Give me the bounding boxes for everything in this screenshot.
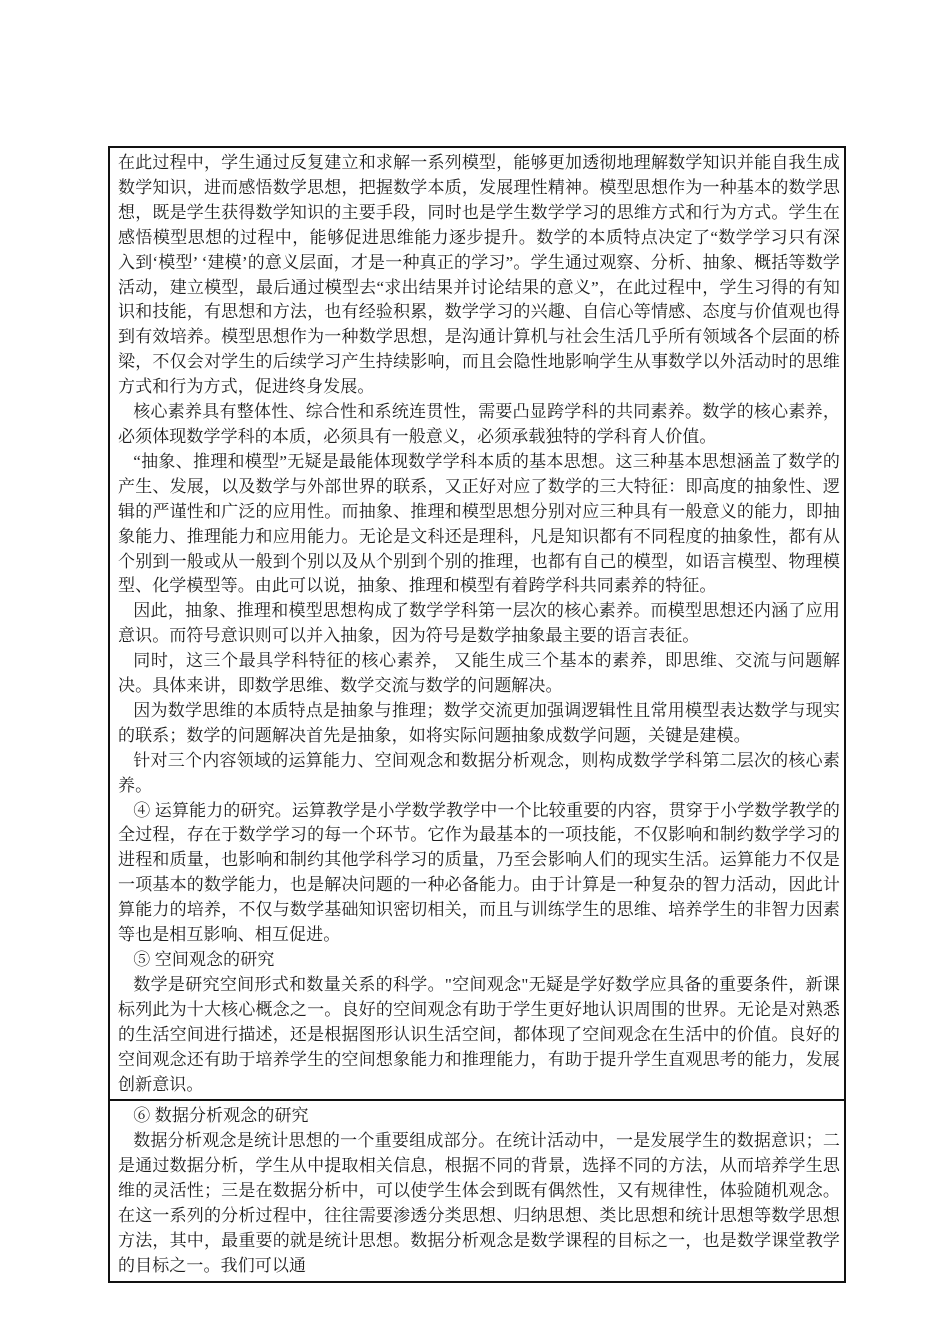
paragraph: 在此过程中，学生通过反复建立和求解一系列模型，能够更加透彻地理解数学知识并能自我…: [118, 151, 840, 400]
paragraph: ⑤ 空间观念的研究: [118, 948, 840, 973]
table-cell-1: 在此过程中，学生通过反复建立和求解一系列模型，能够更加透彻地理解数学知识并能自我…: [110, 148, 844, 1099]
document-table: 在此过程中，学生通过反复建立和求解一系列模型，能够更加透彻地理解数学知识并能自我…: [108, 146, 846, 1283]
paragraph: 因为数学思维的本质特点是抽象与推理；数学交流更加强调逻辑性且常用模型表达数学与现…: [118, 699, 840, 749]
table-cell-2: ⑥ 数据分析观念的研究数据分析观念是统计思想的一个重要组成部分。在统计活动中，一…: [110, 1099, 844, 1280]
paragraph: “抽象、推理和模型”无疑是最能体现数学学科本质的基本思想。这三种基本思想涵盖了数…: [118, 450, 840, 599]
paragraph: 同时，这三个最具学科特征的核心素养， 又能生成三个基本的素养，即思维、交流与问题…: [118, 649, 840, 699]
paragraph: 核心素养具有整体性、综合性和系统连贯性，需要凸显跨学科的共同素养。数学的核心素养…: [118, 400, 840, 450]
paragraph: 数据分析观念是统计思想的一个重要组成部分。在统计活动中，一是发展学生的数据意识；…: [118, 1129, 840, 1278]
paragraph: ④ 运算能力的研究。运算教学是小学数学教学中一个比较重要的内容，贯穿于小学数学教…: [118, 799, 840, 948]
paragraph: 数学是研究空间形式和数量关系的科学。"空间观念"无疑是学好数学应具备的重要条件，…: [118, 973, 840, 1098]
paragraph: ⑥ 数据分析观念的研究: [118, 1104, 840, 1129]
paragraph: 因此，抽象、推理和模型思想构成了数学学科第一层次的核心素养。而模型思想还内涵了应…: [118, 599, 840, 649]
document-page: { "document": { "background_color": "#ff…: [0, 0, 950, 1344]
paragraph: 针对三个内容领域的运算能力、空间观念和数据分析观念，则构成数学学科第二层次的核心…: [118, 749, 840, 799]
